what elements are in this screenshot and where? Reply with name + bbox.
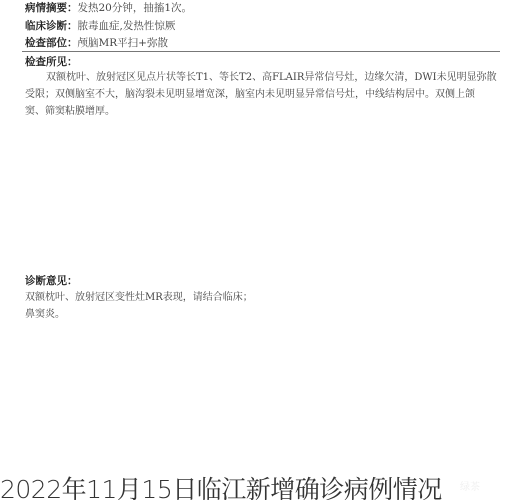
summary-value: 发热20分钟，抽搐1次。 [78,2,193,14]
clinical-diagnosis-label: 临床诊断： [25,20,78,32]
image-caption: 2022年11月15日临江新增确诊病例情况 [0,470,442,500]
section-divider [22,51,500,52]
summary-label: 病情摘要： [25,2,78,14]
impression-heading: 诊断意见： [25,273,78,288]
clinical-diagnosis-row: 临床诊断：脓毒血症,发热性惊厥 [25,19,175,33]
findings-line: 受限；双侧脑室不大，脑沟裂未见明显增宽深，脑室内未见明显异常信号灶，中线结构居中… [25,86,500,103]
findings-line: 双额枕叶、放射冠区见点片状等长T1、等长T2、高FLAIR异常信号灶，边缘欠清，… [46,72,497,83]
summary-row: 病情摘要：发热20分钟，抽搐1次。 [25,1,192,15]
impression-line: 鼻窦炎。 [25,306,500,323]
exam-site-row: 检查部位：颅脑MR平扫+弥散 [25,36,168,50]
exam-site-value: 颅脑MR平扫+弥散 [78,37,168,49]
findings-heading: 检查所见： [25,54,78,69]
clinical-diagnosis-value: 脓毒血症,发热性惊厥 [78,20,176,32]
findings-text: 双额枕叶、放射冠区见点片状等长T1、等长T2、高FLAIR异常信号灶，边缘欠清，… [25,69,500,120]
watermark: 绿茶 [460,478,480,493]
findings-line: 窦、筛窦粘膜增厚。 [25,103,500,120]
impression-line: 双额枕叶、放射冠区变性灶MR表现，请结合临床； [25,289,500,306]
exam-site-label: 检查部位： [25,37,78,49]
impression-text: 双额枕叶、放射冠区变性灶MR表现，请结合临床； 鼻窦炎。 [25,289,500,323]
